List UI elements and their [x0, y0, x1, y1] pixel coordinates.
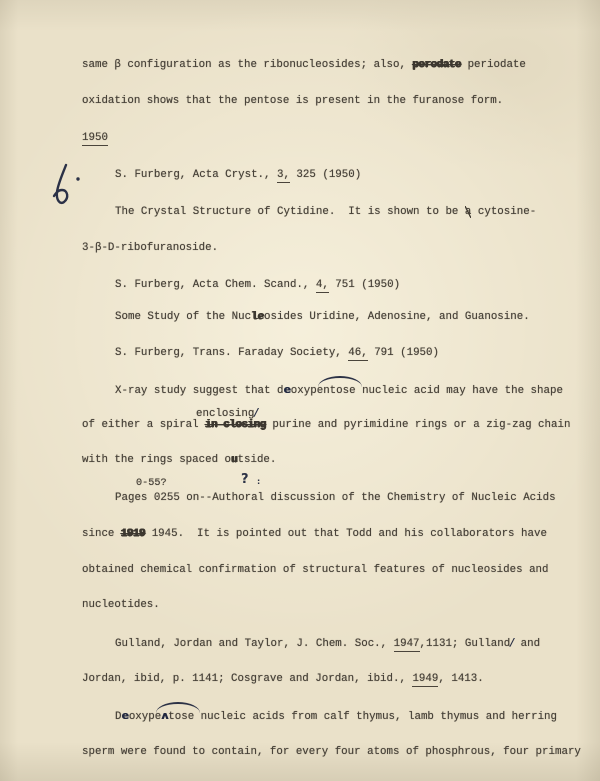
underlined-volume: 46, [348, 347, 367, 361]
typescript-line-ribofuranoside: 3-β-D-ribofuranoside. [82, 242, 218, 255]
underlined-volume: 3, [277, 169, 290, 183]
typescript-line-since-1945: since 1919 1945. It is pointed out that … [82, 528, 547, 541]
line-text: Gulland, Jordan and Taylor, J. Chem. Soc… [115, 638, 394, 650]
underlined-year: 1950 [82, 132, 108, 146]
underlined-year: 1949 [412, 673, 438, 687]
handwritten-question-mark: ? [241, 472, 249, 487]
typed-strikeout-word: perodate [412, 59, 461, 71]
interline-typed-page-query: 0-55? [136, 477, 167, 490]
typescript-line-oxidation: oxidation shows that the pentose is pres… [82, 95, 503, 108]
line-text: 1945. It is pointed out that Todd and hi… [145, 528, 547, 540]
line-text: same β configuration as the ribonucleosi… [82, 59, 412, 71]
typed-strikeout-year: 1919 [121, 528, 145, 540]
citation-furberg-acta-chem-scand: S. Furberg, Acta Chem. Scand., 4, 751 (1… [115, 279, 400, 292]
line-text: with the rings spaced o [82, 454, 231, 466]
handwritten-margin-note-b [50, 162, 94, 206]
typescript-line-deoxypentose-acids: Deoxypeʌtose nucleic acids from calf thy… [115, 709, 557, 724]
line-text: osides Uridine, Adenosine, and Guanosine… [264, 311, 530, 323]
line-text: oxype [129, 711, 161, 723]
pen-insertion-slash: / [254, 406, 258, 419]
citation-furberg-acta-cryst: S. Furberg, Acta Cryst., 3, 325 (1950) [115, 169, 361, 182]
scanned-typescript-page: { "page": { "paper_color": "#eae1c9", "t… [0, 0, 600, 781]
line-text: and [514, 638, 540, 650]
line-text: ,1131; Gulland [420, 638, 511, 650]
typescript-line-nucleotides: nucleotides. [82, 599, 160, 612]
overtyped-letters: le [251, 311, 264, 323]
pen-corrected-letter-e: e [121, 709, 128, 722]
underlined-year: 1947 [394, 638, 420, 652]
typescript-line-crystal-structure: The Crystal Structure of Cytidine. It is… [115, 206, 536, 219]
line-text: cytosine- [471, 206, 536, 218]
underlined-volume: 4, [316, 279, 329, 293]
line-text: S. Furberg, Acta Cryst., [115, 169, 277, 181]
line-text: S. Furberg, Acta Chem. Scand., [115, 279, 316, 291]
line-text: S. Furberg, Trans. Faraday Society, [115, 347, 348, 359]
line-text: , 1413. [438, 673, 483, 685]
line-text: The Crystal Structure of Cytidine. It is… [115, 206, 465, 218]
handwritten-insert-tick: : [257, 477, 260, 486]
typescript-line-xray-study: X-ray study suggest that deoxypentose nu… [115, 383, 563, 398]
pen-corrected-letter-e: e [283, 383, 290, 396]
year-heading: 1950 [82, 132, 108, 145]
typed-strikeout-words: in closing [205, 419, 266, 431]
typescript-line-rings-outside: with the rings spaced outside. [82, 454, 276, 467]
line-text: 791 (1950) [368, 347, 439, 359]
typescript-line-pages-authoral: Pages 0255 on--Authoral discussion of th… [115, 492, 556, 505]
citation-gulland-jordan-taylor: Gulland, Jordan and Taylor, J. Chem. Soc… [115, 636, 540, 651]
line-text: tside. [238, 454, 277, 466]
typescript-line-sperm-phosphorus: sperm were found to contain, for every f… [82, 746, 581, 759]
line-text: since [82, 528, 121, 540]
line-text: Jordan, ibid, p. 1141; Cosgrave and Jord… [82, 673, 412, 685]
typescript-line-spiral: of either a spiral in closing purine and… [82, 419, 570, 432]
line-text: periodate [461, 59, 526, 71]
typescript-line-beta-configuration: same β configuration as the ribonucleosi… [82, 59, 526, 72]
line-text: X-ray study suggest that d [115, 385, 283, 397]
citation-jordan-cosgrave: Jordan, ibid, p. 1141; Cosgrave and Jord… [82, 673, 484, 686]
typescript-line-obtained-confirmation: obtained chemical confirmation of struct… [82, 564, 549, 577]
line-text: tose nucleic acids from calf thymus, lam… [168, 711, 557, 723]
line-text: oxypentose nucleic acid may have the sha… [291, 385, 563, 397]
citation-furberg-faraday: S. Furberg, Trans. Faraday Society, 46, … [115, 347, 439, 360]
typescript-line-nucleosides-study: Some Study of the Nucleosides Uridine, A… [115, 311, 530, 324]
line-text: Some Study of the Nuc [115, 311, 251, 323]
line-text: 325 (1950) [290, 169, 361, 181]
line-text: 751 (1950) [329, 279, 400, 291]
line-text: purine and pyrimidine rings or a zig-zag… [266, 419, 571, 431]
line-text: of either a spiral [82, 419, 205, 431]
